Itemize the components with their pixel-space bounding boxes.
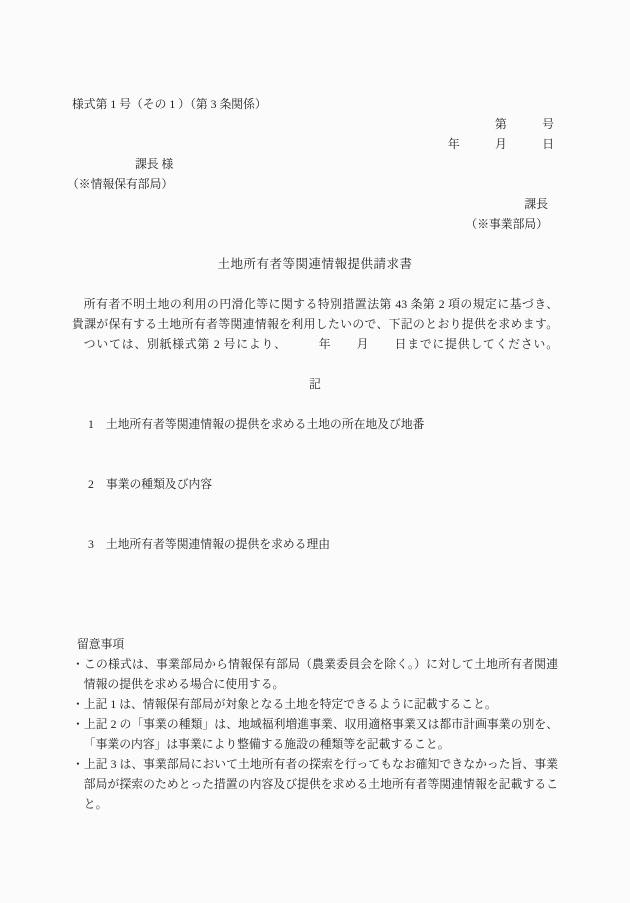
note-bullet-1: ・この様式は、事業部局から情報保有部局（農業委員会を除く。）に対して土地所有者関…: [72, 654, 558, 694]
item-3-label: 土地所有者等関連情報の提供を求める理由: [106, 537, 330, 551]
notes-section: 留意事項 ・この様式は、事業部局から情報保有部局（農業委員会を除く。）に対して土…: [72, 634, 558, 814]
body-paragraph-line-1: 所有者不明土地の利用の円滑化等に関する特別措置法第 43 条第 2 項の規定に基…: [72, 294, 558, 314]
ki-separator-label: 記: [72, 374, 558, 394]
note-bullet-3: ・上記 2 の「事業の種類」は、地域福利増進事業、収用適格事業又は都市計画事業の…: [72, 714, 558, 754]
item-3-number: 3: [88, 534, 94, 554]
doc-number-line: 第 号: [72, 114, 558, 134]
item-1-number: 1: [88, 414, 94, 434]
item-2-label: 事業の種類及び内容: [106, 477, 212, 491]
due-date-line: ついては、別紙様式第 2 号により、 年 月 日までに提供してください。: [72, 334, 558, 354]
sender-note: （※事業部局）: [72, 214, 558, 234]
document-title: 土地所有者等関連情報提供請求書: [72, 254, 558, 274]
notes-heading: 留意事項: [77, 634, 558, 654]
body-paragraph-line-2: 貴課が保有する土地所有者等関連情報を利用したいので、下記のとおり提供を求めます。: [72, 314, 558, 334]
list-item-2: 2事業の種類及び内容: [72, 474, 558, 494]
note-bullet-4: ・上記 3 は、事業部局において土地所有者の探索を行ってもなお確知できなかった旨…: [72, 754, 558, 814]
list-item-3: 3土地所有者等関連情報の提供を求める理由: [72, 534, 558, 554]
sender-title-line: 課長: [72, 194, 558, 214]
addressee-line: 課長 様: [72, 154, 558, 174]
addressee-note: （※情報保有部局）: [67, 174, 558, 194]
date-line: 年 月 日: [72, 134, 558, 154]
list-item-1: 1土地所有者等関連情報の提供を求める土地の所在地及び地番: [72, 414, 558, 434]
document-page: 様式第 1 号（その 1 ）（第 3 条関係） 第 号 年 月 日 課長 様 （…: [0, 0, 630, 903]
item-1-label: 土地所有者等関連情報の提供を求める土地の所在地及び地番: [106, 417, 425, 431]
item-2-number: 2: [88, 474, 94, 494]
note-bullet-2: ・上記 1 は、情報保有部局が対象となる土地を特定できるように記載すること。: [72, 694, 558, 714]
form-label: 様式第 1 号（その 1 ）（第 3 条関係）: [72, 94, 558, 114]
